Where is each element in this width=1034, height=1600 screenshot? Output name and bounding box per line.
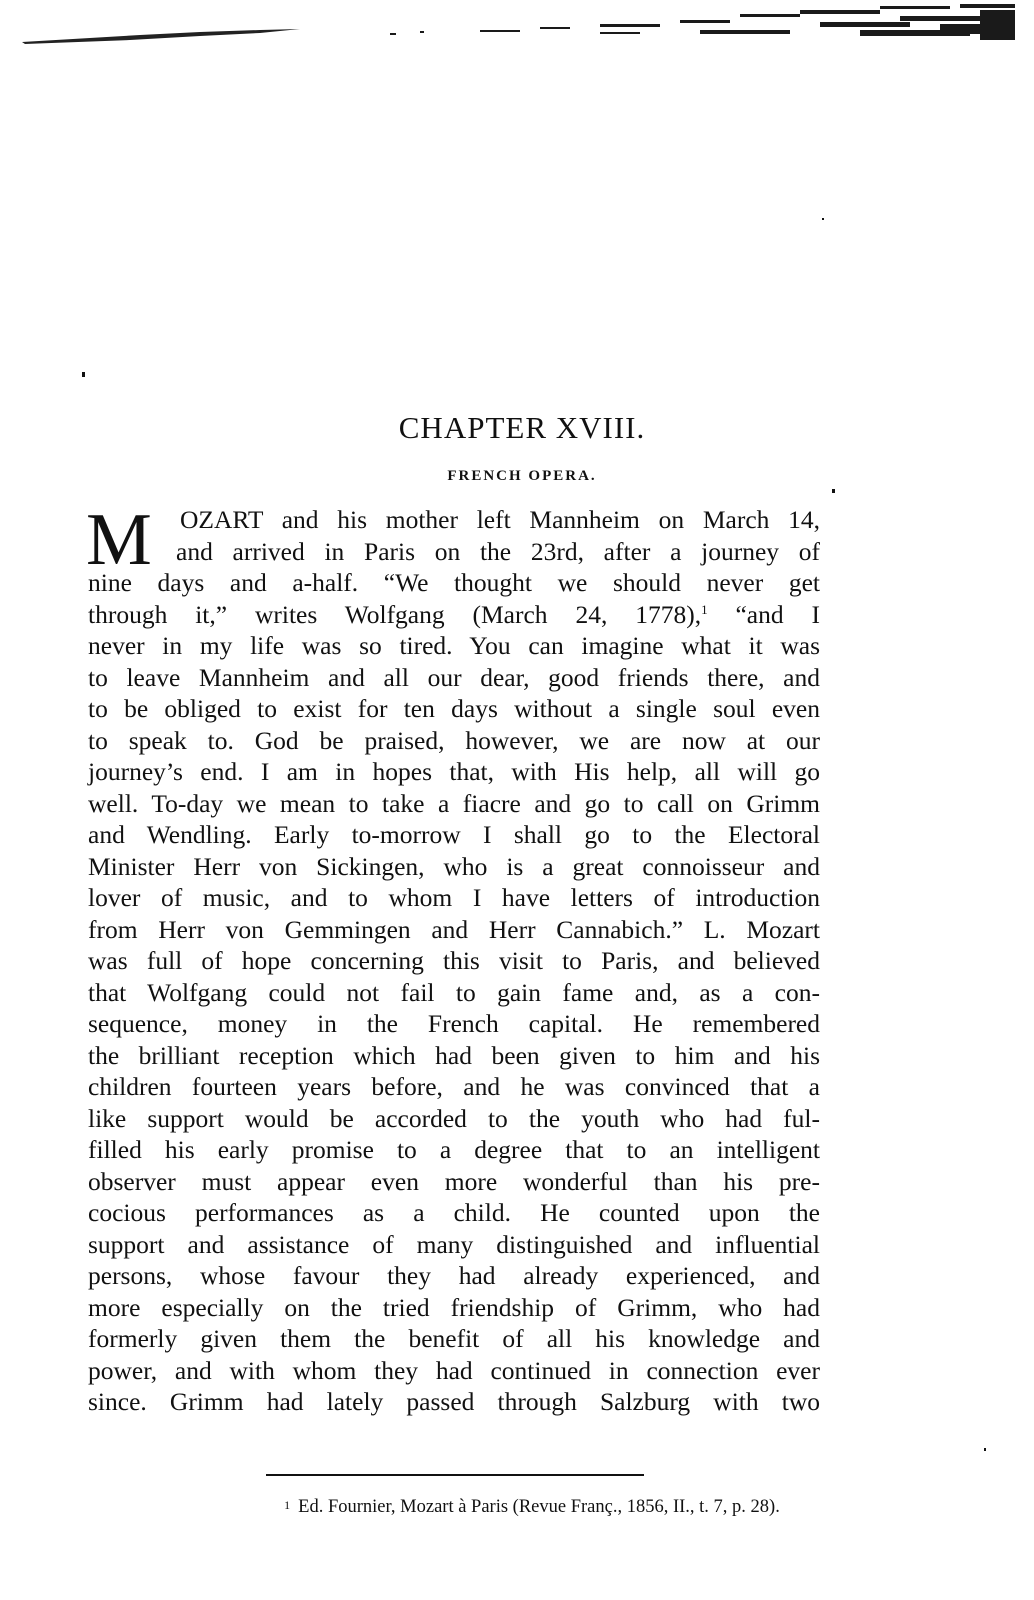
text-line: from Herr von Gemmingen and Herr Cannabi… <box>88 914 820 946</box>
scan-speck <box>82 372 85 377</box>
text-line: support and assistance of many distingui… <box>88 1229 820 1261</box>
text-line: that Wolfgang could not fail to gain fam… <box>88 977 820 1009</box>
text-line: journey’s end. I am in hopes that, with … <box>88 756 820 788</box>
chapter-title: CHAPTER XVIII. <box>0 410 1034 446</box>
body-paragraph: M OZART and his mother left Mannheim on … <box>88 504 820 1418</box>
text-line-tail: “and I <box>708 600 820 629</box>
text-line: the brilliant reception which had been g… <box>88 1040 820 1072</box>
footnote-marker: 1 <box>284 1498 290 1512</box>
text-line: never in my life was so tired. You can i… <box>88 630 820 662</box>
footnote-text: Ed. Fournier, Mozart à Paris (Revue Fran… <box>298 1497 780 1517</box>
text-line: to leave Mannheim and all our dear, good… <box>88 662 820 694</box>
text-line: more especially on the tried friendship … <box>88 1292 820 1324</box>
text-line: and Wendling. Early to-morrow I shall go… <box>88 819 820 851</box>
text-line: to speak to. God be praised, however, we… <box>88 725 820 757</box>
scan-speck <box>984 1448 986 1451</box>
text-line: OZART and his mother left Mannheim on Ma… <box>88 504 820 536</box>
text-line: to be obliged to exist for ten days with… <box>88 693 820 725</box>
footnote-reference[interactable]: 1 <box>701 602 708 617</box>
drop-cap: M <box>86 510 152 570</box>
text-line: and arrived in Paris on the 23rd, after … <box>88 536 820 568</box>
text-line-head: through it,” writes Wolfgang (March 24, … <box>88 600 701 629</box>
text-line: formerly given them the benefit of all h… <box>88 1323 820 1355</box>
text-line: lover of music, and to whom I have lette… <box>88 882 820 914</box>
scan-speck <box>822 218 824 220</box>
text-line: power, and with whom they had continued … <box>88 1355 820 1387</box>
text-line: since. Grimm had lately passed through S… <box>88 1386 820 1418</box>
scan-edge-artifact <box>0 0 1034 50</box>
text-line: like support would be accorded to the yo… <box>88 1103 820 1135</box>
text-line: Minister Herr von Sickingen, who is a gr… <box>88 851 820 883</box>
text-line: well. To-day we mean to take a fiacre an… <box>88 788 820 820</box>
text-line: sequence, money in the French capital. H… <box>88 1008 820 1040</box>
text-line: cocious performances as a child. He coun… <box>88 1197 820 1229</box>
footnote-divider <box>266 1474 644 1476</box>
text-line: children fourteen years before, and he w… <box>88 1071 820 1103</box>
text-line: through it,” writes Wolfgang (March 24, … <box>88 599 820 631</box>
scan-speck <box>832 489 835 493</box>
text-line: persons, whose favour they had already e… <box>88 1260 820 1292</box>
text-line: nine days and a-half. “We thought we sho… <box>88 567 820 599</box>
chapter-subtitle: FRENCH OPERA. <box>0 468 1034 485</box>
footnote: 1Ed. Fournier, Mozart à Paris (Revue Fra… <box>0 1497 1034 1518</box>
text-line: filled his early promise to a degree tha… <box>88 1134 820 1166</box>
text-line: observer must appear even more wonderful… <box>88 1166 820 1198</box>
text-line: was full of hope concerning this visit t… <box>88 945 820 977</box>
